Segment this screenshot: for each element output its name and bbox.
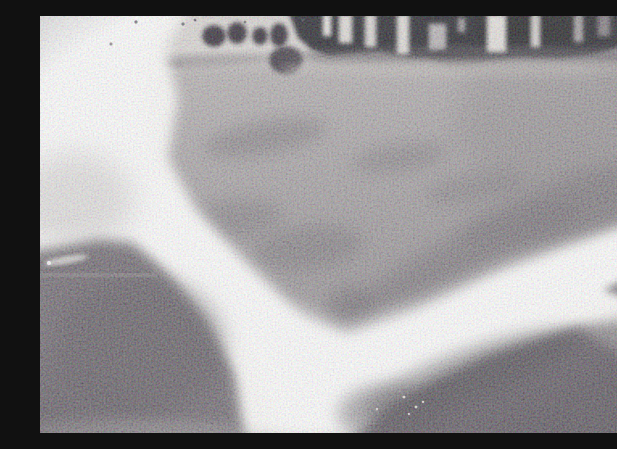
grain-mono-rect	[40, 16, 617, 433]
film-grain-overlay	[40, 16, 617, 433]
photo-canvas	[40, 16, 617, 433]
grain-contrast-layer	[40, 16, 617, 433]
photograph	[40, 16, 617, 433]
